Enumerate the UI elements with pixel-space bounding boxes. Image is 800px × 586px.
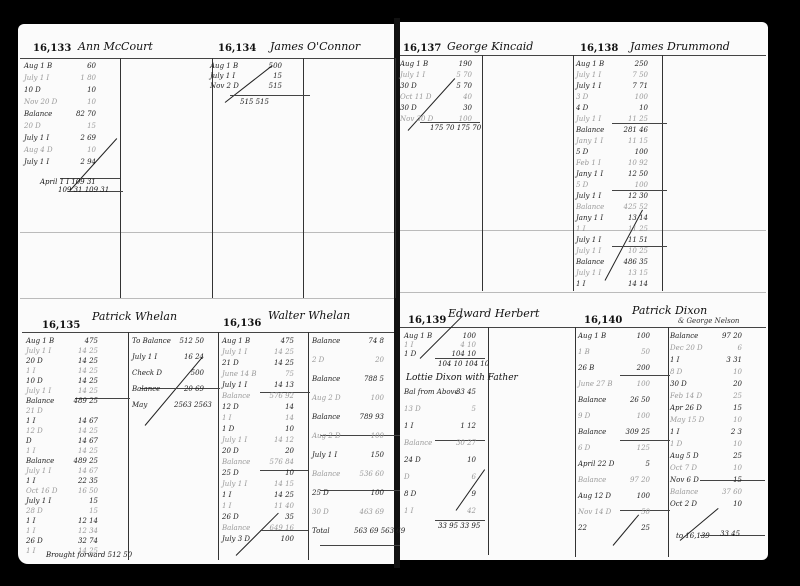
entry-amount: 13 15 — [618, 269, 648, 278]
entry-amount: 25 — [620, 524, 650, 533]
entry-date: 25 D — [312, 489, 354, 498]
entry-amount: 281 46 — [618, 126, 648, 135]
entry-date: To Balance — [132, 337, 174, 346]
entry-date: Balance — [26, 457, 68, 466]
ledger-entry: 1 D10 — [222, 425, 294, 434]
entry-amount: 5 70 — [442, 71, 472, 80]
entry-amount: 14 25 — [264, 359, 294, 368]
entry-amount: 563 69 563 69 — [354, 527, 384, 536]
sub-account-heading: Lottie Dixon with Father — [406, 373, 518, 383]
entry-date: Balance — [578, 476, 620, 485]
entry-date: Bal from Above — [404, 388, 446, 397]
account-total: 109 31 109 31 — [58, 186, 109, 194]
ledger-entry: July 1 I7 50 — [576, 71, 648, 80]
ledger-entry: May2563 2563 — [132, 401, 204, 410]
entry-amount: 5 70 — [442, 82, 472, 91]
ledger-entry: Aug 1 B100 — [404, 332, 476, 341]
entry-amount: 100 — [620, 380, 650, 389]
entry-amount: 10 — [66, 98, 96, 107]
entry-amount: 35 — [264, 513, 294, 522]
entry-amount: 10 92 — [618, 159, 648, 168]
entry-amount: 9 — [446, 490, 476, 499]
entry-date: Total — [312, 527, 354, 536]
entry-date: July 1 I — [576, 192, 618, 201]
entry-amount: 26 50 — [620, 396, 650, 405]
entry-date: 20 D — [24, 122, 66, 131]
entry-amount: 100 — [620, 492, 650, 501]
ledger-entry: July 1 I14 25 — [26, 347, 98, 356]
entry-date: July 1 I — [576, 247, 618, 256]
ledger-entry: Aug 1 B500 — [210, 62, 282, 71]
ledger-entry: July 1 I11 25 — [576, 115, 648, 124]
entry-date: 9 D — [578, 412, 620, 421]
entry-amount: 6 — [446, 473, 476, 482]
entry-amount: 30 27 — [446, 439, 476, 448]
entry-amount: 576 92 — [264, 392, 294, 401]
entry-amount: 10 — [712, 440, 742, 449]
entry-date: Apr 26 D — [670, 404, 712, 413]
entry-date: April 22 D — [578, 460, 620, 469]
entry-date: 6 D — [578, 444, 620, 453]
horizontal-rule — [612, 190, 667, 191]
ledger-entry: July 1 I14 67 — [26, 467, 98, 476]
ledger-entry: Oct 2 D10 — [670, 500, 742, 509]
ledger-entry: July 1 I2 94 — [24, 158, 96, 167]
entry-date: July 1 I — [400, 71, 442, 80]
entry-date: July 1 I — [24, 74, 66, 83]
entry-date: 1 I — [26, 447, 68, 456]
entry-date: 3 D — [576, 93, 618, 102]
entry-amount: 14 67 — [68, 417, 98, 426]
ledger-entry: Aug 1 B100 — [578, 332, 650, 341]
entry-date: 20 D — [222, 447, 264, 456]
entry-amount: 10 — [446, 456, 476, 465]
ledger-entry: 2 D20 — [312, 356, 384, 365]
entry-amount: 20 — [712, 380, 742, 389]
entry-date: Aug 1 B — [26, 337, 68, 346]
ledger-entry: July 1 I14 25 — [26, 387, 98, 396]
entry-amount: 100 — [618, 181, 648, 190]
entry-amount: 10 — [712, 368, 742, 377]
entry-date: Aug 2 D — [312, 432, 354, 441]
entry-date: Balance — [670, 488, 712, 497]
ledger-entry: Feb 14 D25 — [670, 392, 742, 401]
ledger-entry: June 14 B75 — [222, 370, 294, 379]
entry-amount: 25 — [712, 392, 742, 401]
entry-amount: 14 25 — [68, 367, 98, 376]
entry-amount: 1 80 — [66, 74, 96, 83]
vertical-rule — [308, 332, 309, 560]
entry-amount: 100 — [620, 332, 650, 341]
ledger-entry: July 1 I14 12 — [222, 436, 294, 445]
entry-date: D — [26, 437, 68, 446]
entry-amount: 37 60 — [712, 488, 742, 497]
entry-date: 21 D — [26, 407, 68, 416]
entry-date: 1 D — [670, 440, 712, 449]
entry-date: July 1 I — [576, 236, 618, 245]
ledger-entry: 30 D20 — [670, 380, 742, 389]
horizontal-rule — [400, 292, 766, 293]
entry-amount: 82 70 — [66, 110, 96, 119]
account-number-16138: 16,138 — [580, 43, 618, 54]
entry-date: Balance — [312, 413, 354, 422]
ledger-entry: 1 I14 67 — [26, 417, 98, 426]
entry-date: Balance — [576, 126, 618, 135]
entry-date: 4 D — [576, 104, 618, 113]
account-total: 104 10 104 10 — [438, 360, 489, 368]
ledger-entry: 30 D30 — [400, 104, 472, 113]
entry-date: 30 D — [312, 508, 354, 517]
entry-date: 25 D — [222, 469, 264, 478]
entry-amount: 14 25 — [68, 377, 98, 386]
entry-amount: 16 50 — [68, 487, 98, 496]
entry-date: 1 I — [404, 507, 446, 516]
ledger-entry: 30 D463 69 — [312, 508, 384, 517]
ledger-entry: 5 D100 — [576, 148, 648, 157]
entry-date: 26 D — [222, 513, 264, 522]
entry-date: Nov 6 D — [670, 476, 712, 485]
entry-date: Balance — [312, 375, 354, 384]
entry-amount: 10 — [264, 425, 294, 434]
entry-amount: 125 — [620, 444, 650, 453]
ledger-entry: Balance486 35 — [576, 258, 648, 267]
entry-date: July 1 I — [26, 387, 68, 396]
entry-date: Nov 2 D — [210, 82, 252, 91]
entry-amount: 10 25 — [618, 247, 648, 256]
entry-amount: 74 8 — [354, 337, 384, 346]
entry-date: May 15 D — [670, 416, 712, 425]
ledger-entry: 1 I14 25 — [26, 447, 98, 456]
entry-amount: 500 — [252, 62, 282, 71]
ledger-entry: Jany 1 I11 15 — [576, 137, 648, 146]
account-name-16139: Edward Herbert — [448, 307, 539, 320]
vertical-rule — [120, 58, 121, 298]
entry-amount: 100 — [442, 115, 472, 124]
entry-date: 30 D — [670, 380, 712, 389]
ledger-entry: 26 D32 74 — [26, 537, 98, 546]
ledger-entry: 9 D100 — [578, 412, 650, 421]
entry-date: Aug 1 B — [578, 332, 620, 341]
ledger-entry: Nov 30 D100 — [400, 115, 472, 124]
entry-amount: 10 — [618, 104, 648, 113]
entry-date: July 1 I — [222, 436, 264, 445]
entry-date: 8 D — [670, 368, 712, 377]
entry-date: 12 D — [222, 403, 264, 412]
entry-amount: 32 74 — [68, 537, 98, 546]
ledger-entry: Balance576 84 — [222, 458, 294, 467]
ledger-entry: Balance789 93 — [312, 413, 384, 422]
ledger-entry: 1 I11 25 — [576, 225, 648, 234]
entry-date: 8 D — [404, 490, 446, 499]
entry-date: Aug 5 D — [670, 452, 712, 461]
entry-amount: 788 5 — [354, 375, 384, 384]
entry-date: 26 B — [578, 364, 620, 373]
ledger-entry: Jany 1 I13 14 — [576, 214, 648, 223]
entry-date: Aug 12 D — [578, 492, 620, 501]
ledger-entry: Nov 20 D10 — [24, 98, 96, 107]
entry-date: Nov 14 D — [578, 508, 620, 517]
horizontal-rule — [20, 58, 394, 59]
entry-amount: 33 45 — [446, 388, 476, 397]
entry-date: Feb 1 I — [576, 159, 618, 168]
entry-date: July 1 I — [576, 82, 618, 91]
ledger-entry: July 1 I7 71 — [576, 82, 648, 91]
entry-amount: 20 — [264, 447, 294, 456]
ledger-entry: July 1 I15 — [210, 72, 282, 81]
ledger-entry: 1 I3 31 — [670, 356, 742, 365]
entry-amount: 14 15 — [264, 480, 294, 489]
entry-amount: 515 — [252, 82, 282, 91]
entry-amount: 190 — [442, 60, 472, 69]
ledger-entry: Feb 1 I10 92 — [576, 159, 648, 168]
vertical-rule — [668, 327, 669, 557]
entry-date: July 1 I — [222, 381, 264, 390]
ledger-entry: 30 D5 70 — [400, 82, 472, 91]
horizontal-rule — [230, 95, 310, 96]
entry-amount: 12 14 — [68, 517, 98, 526]
entry-date: 22 — [578, 524, 620, 533]
ledger-entry: Balance97 20 — [670, 332, 742, 341]
ledger-entry: 26 D35 — [222, 513, 294, 522]
entry-date: July 1 I — [222, 480, 264, 489]
ledger-entry: 1 I11 40 — [222, 502, 294, 511]
entry-date: Aug 1 B — [24, 62, 66, 71]
entry-amount: 10 — [66, 86, 96, 95]
entry-date: Oct 11 D — [400, 93, 442, 102]
entry-date: 1 D — [404, 350, 446, 359]
ledger-entry: July 3 D100 — [222, 535, 294, 544]
entry-date: Nov 30 D — [400, 115, 442, 124]
entry-date: Feb 14 D — [670, 392, 712, 401]
entry-amount: 12 30 — [618, 192, 648, 201]
entry-date: 5 D — [576, 148, 618, 157]
vertical-rule — [218, 332, 219, 560]
ledger-entry: Aug 5 D25 — [670, 452, 742, 461]
entry-amount: 512 50 — [174, 337, 204, 346]
ledger-entry: July 1 I12 30 — [576, 192, 648, 201]
entry-amount: 50 — [620, 508, 650, 517]
entry-amount: 100 — [618, 148, 648, 157]
entry-amount: 489 25 — [68, 457, 98, 466]
ledger-entry: Balance26 50 — [578, 396, 650, 405]
entry-date: Balance — [312, 337, 354, 346]
ledger-entry: 1 I2 3 — [670, 428, 742, 437]
entry-date: 24 D — [404, 456, 446, 465]
ledger-entry: 8 D10 — [670, 368, 742, 377]
entry-date: Check D — [132, 369, 174, 378]
entry-date: June 14 B — [222, 370, 264, 379]
ledger-entry: 1 I1 12 — [404, 422, 476, 431]
account-total: April 1 I 109 31 — [40, 178, 96, 186]
entry-amount: 2 94 — [66, 158, 96, 167]
ledger-entry: Balance536 60 — [312, 470, 384, 479]
ledger-entry: Balance489 25 — [26, 397, 98, 406]
entry-amount: 97 20 — [620, 476, 650, 485]
entry-amount: 16 24 — [174, 353, 204, 362]
account-name-16137: George Kincaid — [447, 40, 533, 53]
entry-date: 21 D — [222, 359, 264, 368]
entry-amount: 5 — [620, 460, 650, 469]
ledger-entry: Balance97 20 — [578, 476, 650, 485]
entry-date: Nov 20 D — [24, 98, 66, 107]
entry-date: Aug 1 B — [400, 60, 442, 69]
account-name-16134: James O'Connor — [270, 40, 360, 53]
ledger-entry: July 1 I13 15 — [576, 269, 648, 278]
ledger-entry: Balance489 25 — [26, 457, 98, 466]
entry-amount: 12 34 — [68, 527, 98, 536]
entry-date: Aug 1 B — [404, 332, 446, 341]
entry-amount: 15 — [252, 72, 282, 81]
entry-date: Balance — [578, 396, 620, 405]
entry-date: 1 I — [222, 491, 264, 500]
ledger-entry: Balance20 69 — [132, 385, 204, 394]
entry-amount: 14 25 — [68, 447, 98, 456]
entry-amount: 10 — [712, 500, 742, 509]
entry-date: July 1 I — [132, 353, 174, 362]
ledger-entry: Nov 2 D515 — [210, 82, 282, 91]
entry-amount: 14 25 — [68, 347, 98, 356]
entry-date: 1 I — [26, 517, 68, 526]
entry-amount: 309 25 — [620, 428, 650, 437]
entry-amount: 100 — [446, 332, 476, 341]
ledger-entry: Total563 69 563 69 — [312, 527, 384, 536]
entry-amount: 2 69 — [66, 134, 96, 143]
ledger-entry: Aug 1 B60 — [24, 62, 96, 71]
entry-amount: 20 — [354, 356, 384, 365]
entry-date: 1 I — [670, 428, 712, 437]
entry-amount: 10 — [66, 146, 96, 155]
horizontal-rule — [20, 298, 394, 299]
ledger-entry: Apr 26 D15 — [670, 404, 742, 413]
entry-date: Jany 1 I — [576, 137, 618, 146]
ledger-entry: Dec 20 D6 — [670, 344, 742, 353]
entry-date: 20 D — [26, 357, 68, 366]
entry-date: 2 D — [312, 356, 354, 365]
entry-date: 1 I — [26, 367, 68, 376]
entry-amount: 2 3 — [712, 428, 742, 437]
account-number-16134: 16,134 — [218, 43, 256, 54]
ledger-entry: 13 D5 — [404, 405, 476, 414]
horizontal-rule — [20, 232, 394, 233]
ledger-entry: Aug 1 B250 — [576, 60, 648, 69]
account-name-16135: Patrick Whelan — [92, 310, 177, 323]
ledger-entry: June 27 B100 — [578, 380, 650, 389]
account-name-16138: James Drummond — [630, 40, 730, 53]
entry-date: Dec 20 D — [670, 344, 712, 353]
horizontal-rule — [320, 545, 400, 546]
account-number-16133: 16,133 — [33, 43, 71, 54]
entry-amount: 15 — [68, 507, 98, 516]
entry-amount: 60 — [66, 62, 96, 71]
entry-date: Balance — [24, 110, 66, 119]
entry-amount: 97 20 — [712, 332, 742, 341]
entry-date: July 1 I — [222, 348, 264, 357]
horizontal-rule — [620, 440, 670, 441]
entry-date: 10 D — [24, 86, 66, 95]
entry-amount: 1 12 — [446, 422, 476, 431]
entry-amount: 4 10 — [446, 341, 476, 350]
ledger-entry: Balance309 25 — [578, 428, 650, 437]
ledger-entry: To Balance512 50 — [132, 337, 204, 346]
entry-amount: 14 12 — [264, 436, 294, 445]
entry-amount: 100 — [620, 412, 650, 421]
ledger-entry: July 1 I150 — [312, 451, 384, 460]
entry-date: Balance — [576, 203, 618, 212]
entry-amount: 100 — [354, 432, 384, 441]
vertical-rule — [662, 55, 663, 291]
vertical-rule — [395, 58, 396, 298]
ledger-entry: July 1 I10 25 — [576, 247, 648, 256]
ledger-entry: Check D500 — [132, 369, 204, 378]
entry-amount: 14 25 — [68, 547, 98, 556]
entry-date: 10 D — [26, 377, 68, 386]
entry-amount: 14 25 — [68, 427, 98, 436]
entry-amount: 489 25 — [68, 397, 98, 406]
entry-amount: 11 51 — [618, 236, 648, 245]
vertical-rule — [212, 58, 213, 298]
entry-amount: 536 60 — [354, 470, 384, 479]
entry-amount: 104 10 — [446, 350, 476, 359]
entry-amount: 5 — [446, 405, 476, 414]
entry-amount: 40 — [442, 93, 472, 102]
ledger-entry: 1 I12 34 — [26, 527, 98, 536]
entry-amount: 14 25 — [68, 357, 98, 366]
vertical-rule — [303, 58, 304, 298]
entry-amount: 14 13 — [264, 381, 294, 390]
ledger-entry: Balance74 8 — [312, 337, 384, 346]
entry-amount: 250 — [618, 60, 648, 69]
entry-date: Balance — [670, 332, 712, 341]
ledger-entry: 21 D — [26, 407, 98, 416]
entry-amount: 42 — [446, 507, 476, 516]
ledger-entry: Balance82 70 — [24, 110, 96, 119]
entry-date: 1 I — [576, 280, 618, 289]
ledger-entry: Aug 12 D100 — [578, 492, 650, 501]
ledger-entry: 1 B50 — [578, 348, 650, 357]
ledger-entry: Nov 6 D15 — [670, 476, 742, 485]
entry-date: 1 B — [578, 348, 620, 357]
entry-date: 1 I — [26, 547, 68, 556]
account-name-16133: Ann McCourt — [78, 40, 153, 53]
ledger-entry: July 1 I5 70 — [400, 71, 472, 80]
entry-amount: 11 25 — [618, 115, 648, 124]
entry-date: Balance — [312, 470, 354, 479]
ledger-entry: 20 D14 25 — [26, 357, 98, 366]
account-total: 33 95 33 95 — [438, 522, 480, 530]
entry-amount: 100 — [264, 535, 294, 544]
entry-date: Aug 1 B — [222, 337, 264, 346]
ledger-entry: July 1 I14 13 — [222, 381, 294, 390]
ledger-entry: Balance30 27 — [404, 439, 476, 448]
entry-date: July 1 I — [576, 71, 618, 80]
account-number-16136: 16,136 — [223, 318, 261, 329]
vertical-rule — [573, 55, 574, 291]
ledger-entry: July 1 I2 69 — [24, 134, 96, 143]
account-total: 515 515 — [240, 98, 269, 106]
horizontal-rule — [620, 375, 670, 376]
entry-date: July 1 I — [576, 269, 618, 278]
entry-amount: 25 — [712, 452, 742, 461]
entry-amount: 30 — [442, 104, 472, 113]
entry-amount: 3 31 — [712, 356, 742, 365]
entry-date: Aug 1 B — [576, 60, 618, 69]
ledger-entry: 20 D20 — [222, 447, 294, 456]
ledger-entry: July 1 I1 80 — [24, 74, 96, 83]
ledger-entry: Balance37 60 — [670, 488, 742, 497]
entry-amount: 150 — [354, 451, 384, 460]
entry-date: 30 D — [400, 104, 442, 113]
entry-amount: 14 67 — [68, 467, 98, 476]
